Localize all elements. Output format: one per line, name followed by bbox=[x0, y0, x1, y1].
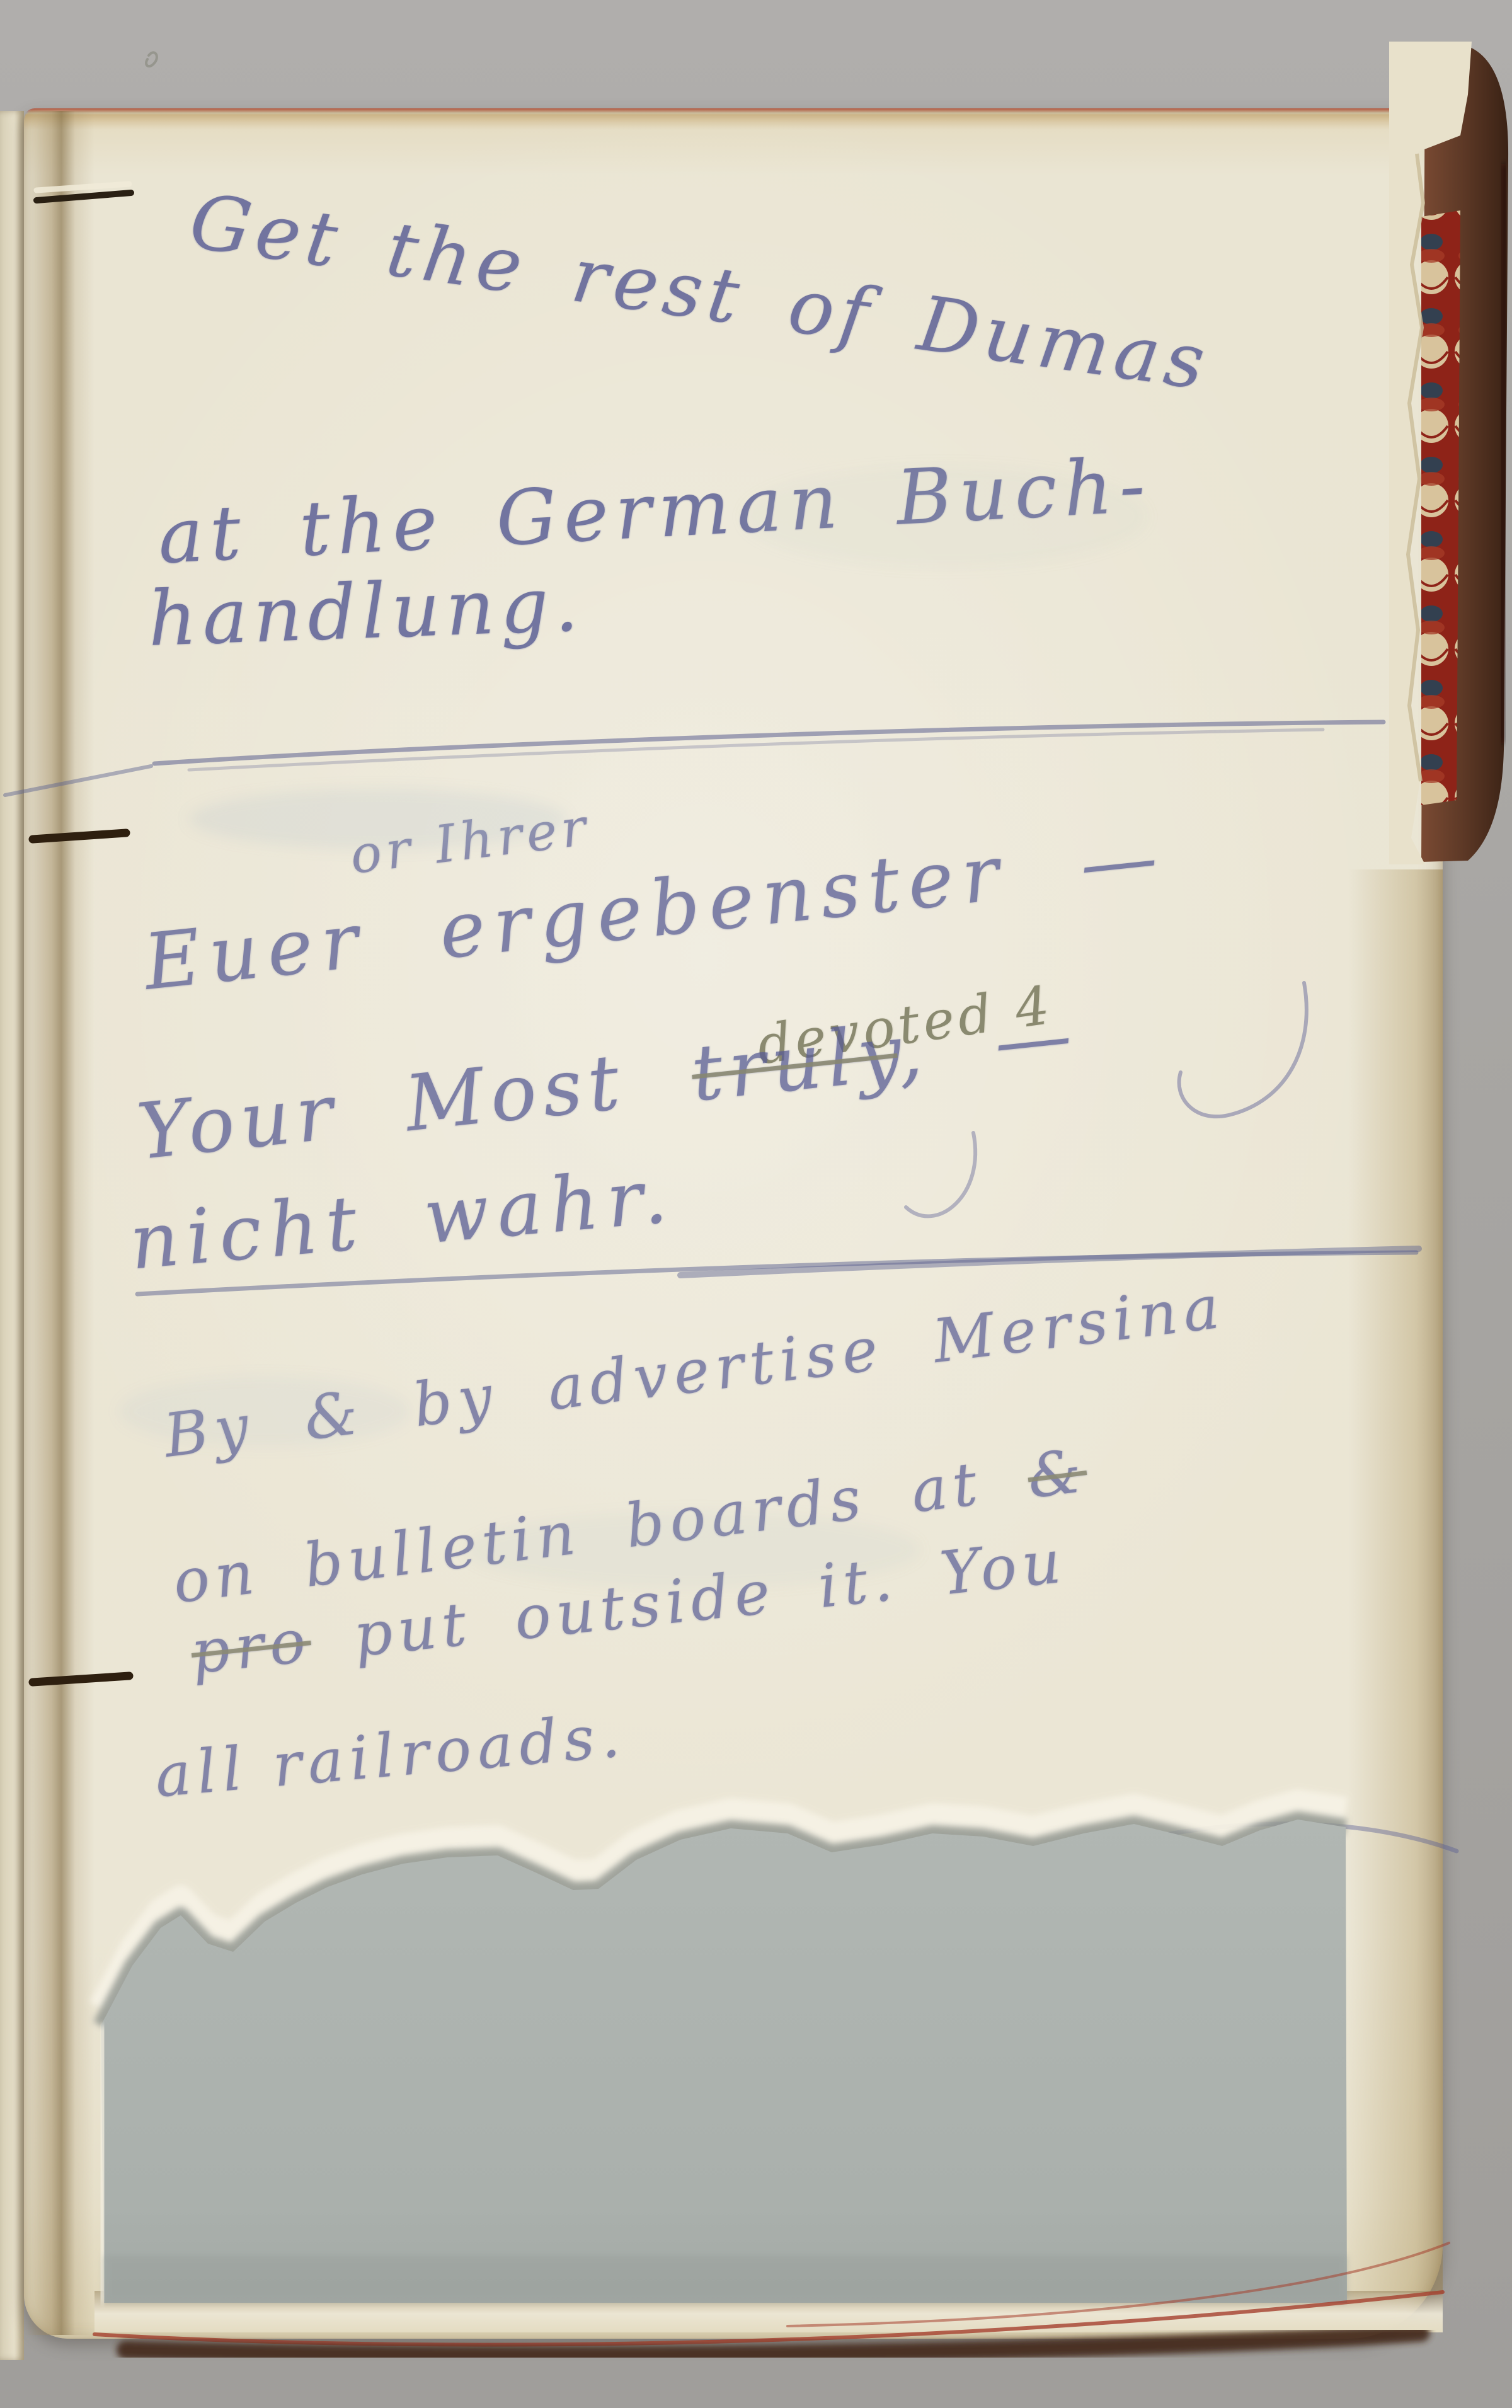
line5-suffix: , — bbox=[893, 989, 1082, 1097]
line8-struck-word: & bbox=[1024, 1436, 1091, 1512]
red-sprayed-top-edge bbox=[24, 108, 1443, 130]
binding-gutter bbox=[25, 111, 94, 2335]
page-right-edge-shading bbox=[1348, 869, 1443, 2293]
page-bottom-curl bbox=[94, 2291, 1443, 2332]
notebook-photo: Get the rest of Dumas at the German Buch… bbox=[0, 0, 1512, 2408]
line9-struck-word: pro bbox=[188, 1606, 314, 1687]
previous-page-stub bbox=[0, 111, 24, 2360]
handwriting-line-3: handlung. bbox=[147, 561, 585, 663]
